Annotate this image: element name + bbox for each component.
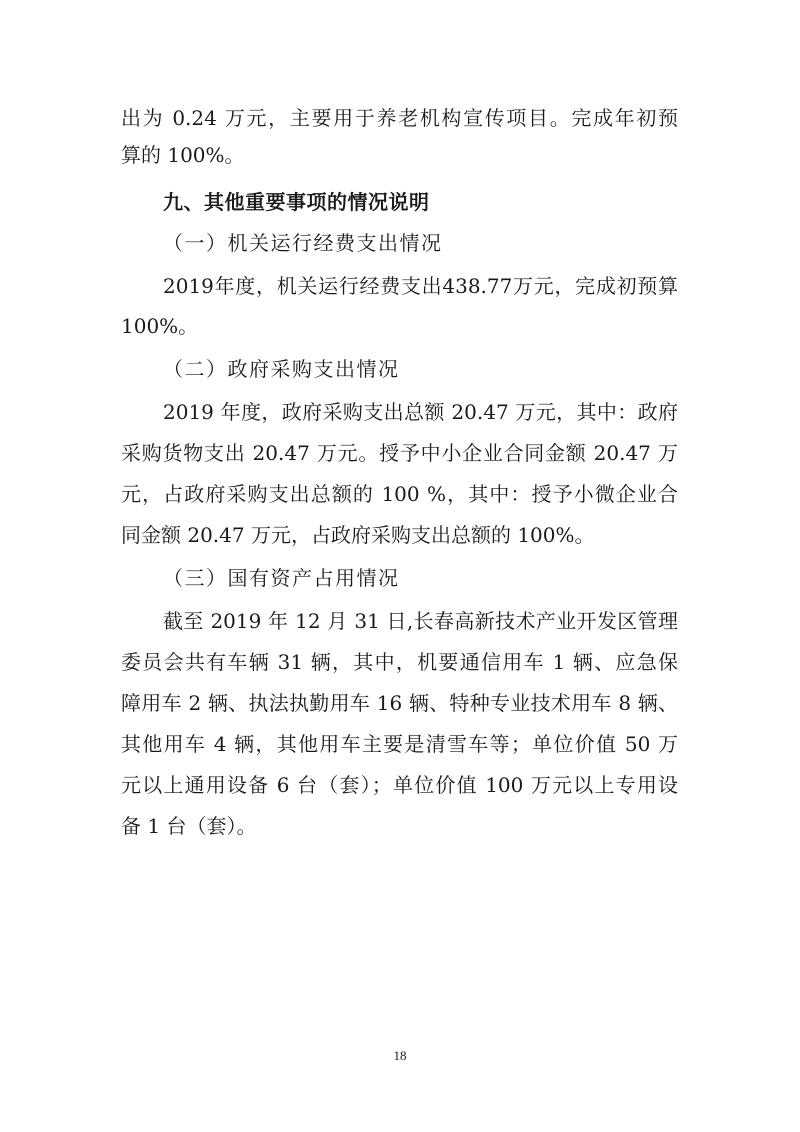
paragraph-line: 元，占政府采购支出总额的 100 %，其中：授予小微企业合 (121, 481, 678, 507)
paragraph-line: 出为 0.24 万元，主要用于养老机构宣传项目。完成年初预 (121, 105, 678, 131)
paragraph-line: 元以上通用设备 6 台（套）；单位价值 100 万元以上专用设 (121, 772, 678, 798)
paragraph-line: 采购货物支出 20.47 万元。授予中小企业合同金额 20.47 万 (121, 440, 678, 466)
paragraph-line: 障用车 2 辆、执法执勤用车 16 辆、特种专业技术用车 8 辆、 (121, 690, 678, 716)
paragraph-line: 委员会共有车辆 31 辆，其中，机要通信用车 1 辆、应急保 (121, 649, 678, 675)
paragraph-line: 2019年度，机关运行经费支出438.77万元，完成初预算 (163, 273, 678, 299)
paragraph-line: 100%。 (121, 313, 678, 339)
paragraph-line: 2019 年度，政府采购支出总额 20.47 万元，其中：政府 (163, 399, 678, 425)
paragraph-line: 其他用车 4 辆，其他用车主要是清雪车等；单位价值 50 万 (121, 731, 678, 757)
paragraph-line: 同金额 20.47 万元，占政府采购支出总额的 100%。 (121, 522, 678, 548)
page-number: 18 (0, 1048, 800, 1064)
paragraph-line: 算的 100%。 (121, 142, 678, 168)
subsection-heading: （二）政府采购支出情况 (163, 356, 400, 382)
paragraph-line: 备 1 台（套）。 (121, 813, 678, 839)
paragraph-line: 截至 2019 年 12 月 31 日,长春高新技术产业开发区管理 (163, 608, 678, 634)
subsection-heading: （一）机关运行经费支出情况 (163, 230, 443, 256)
document-page: 出为 0.24 万元，主要用于养老机构宣传项目。完成年初预算的 100%。九、其… (0, 0, 800, 1132)
section-heading: 九、其他重要事项的情况说明 (163, 189, 430, 215)
subsection-heading: （三）国有资产占用情况 (163, 565, 400, 591)
